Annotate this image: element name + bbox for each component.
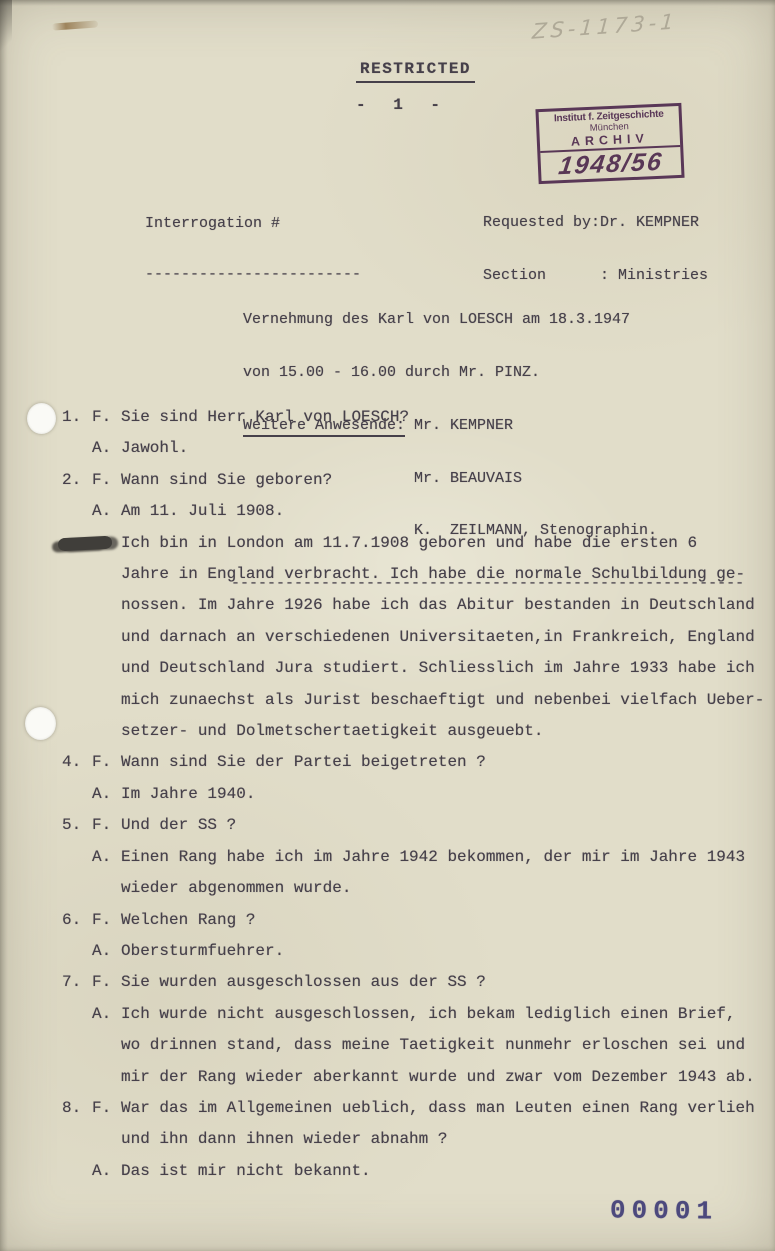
- scanned-document-page: ZS-1173-1 RESTRICTED - 1 - Institut f. Z…: [0, 0, 775, 1251]
- qa-entry: 2. F. Wann sind Sie geboren?: [62, 465, 775, 496]
- qa-text: Und der SS ?: [121, 810, 775, 841]
- qa-speaker-label: A.: [92, 779, 121, 810]
- qa-text: Das ist mir nicht bekannt.: [121, 1156, 775, 1187]
- qa-text-line: Jawohl.: [121, 433, 775, 464]
- qa-text-line: und darnach an verschiedenen Universitae…: [121, 622, 775, 653]
- qa-text: Wann sind Sie geboren?: [121, 465, 775, 496]
- scan-edge-top: [0, 0, 775, 6]
- qa-entry: A. Im Jahre 1940.: [62, 779, 775, 810]
- requested-by-value: Dr. KEMPNER: [600, 214, 699, 231]
- requested-by-line: Requested by:Dr. KEMPNER: [483, 214, 708, 232]
- qa-entry: A. Jawohl.: [62, 433, 775, 464]
- qa-entry: A. Ich wurde nicht ausgeschlossen, ich b…: [62, 999, 775, 1093]
- qa-text: Sie sind Herr Karl von LOESCH?: [121, 402, 775, 433]
- paperclip-rust-stain: [52, 20, 98, 30]
- qa-text-line: Wann sind Sie geboren?: [121, 465, 775, 496]
- qa-entry: A. Das ist mir nicht bekannt.: [62, 1156, 775, 1187]
- qa-text-line: Sie sind Herr Karl von LOESCH?: [121, 402, 775, 433]
- qa-speaker-label: F.: [92, 810, 121, 841]
- scan-corner-artifact: [0, 0, 12, 58]
- qa-text-line: und ihn dann ihnen wieder abnahm ?: [121, 1124, 775, 1155]
- qa-text-line: mir der Rang wieder aberkannt wurde und …: [121, 1062, 775, 1093]
- qa-text-line: wo drinnen stand, dass meine Taetigkeit …: [121, 1030, 775, 1061]
- qa-entry: 6. F. Welchen Rang ?: [62, 905, 775, 936]
- qa-number: 6.: [62, 905, 92, 936]
- interrogation-label: Interrogation #: [145, 215, 361, 232]
- stamp-handwritten-number: 1948/56: [539, 147, 683, 181]
- qa-text-line: nossen. Im Jahre 1926 habe ich das Abitu…: [121, 590, 775, 621]
- qa-speaker-label: F.: [92, 967, 121, 998]
- requested-by-label: Requested by:: [483, 214, 600, 232]
- page-number: - 1 -: [356, 96, 449, 114]
- qa-number: 7.: [62, 967, 92, 998]
- qa-speaker-label: F.: [92, 905, 121, 936]
- qa-entry: 8. F. War das im Allgemeinen ueblich, da…: [62, 1093, 775, 1156]
- qa-text-line: Einen Rang habe ich im Jahre 1942 bekomm…: [121, 842, 775, 873]
- qa-speaker-label: F.: [92, 1093, 121, 1124]
- qa-speaker-label: A.: [92, 842, 121, 873]
- qa-text: Einen Rang habe ich im Jahre 1942 bekomm…: [121, 842, 775, 905]
- qa-entry: 5. F. Und der SS ?: [62, 810, 775, 841]
- qa-text-line: Im Jahre 1940.: [121, 779, 775, 810]
- qa-text: War das im Allgemeinen ueblich, dass man…: [121, 1093, 775, 1156]
- qa-entry: Ich bin in London am 11.7.1908 geboren u…: [62, 528, 775, 748]
- qa-text-line: und Deutschland Jura studiert. Schliessl…: [121, 653, 775, 684]
- qa-entry: 7. F. Sie wurden ausgeschlossen aus der …: [62, 967, 775, 998]
- qa-speaker-label: F.: [92, 402, 121, 433]
- qa-text-line: Obersturmfuehrer.: [121, 936, 775, 967]
- qa-text: Welchen Rang ?: [121, 905, 775, 936]
- qa-text-line: Jahre in England verbracht. Ich habe die…: [121, 559, 775, 590]
- qa-text: Obersturmfuehrer.: [121, 936, 775, 967]
- qa-entry: 4. F. Wann sind Sie der Partei beigetret…: [62, 747, 775, 778]
- qa-number: 4.: [62, 747, 92, 778]
- qa-text-line: setzer- und Dolmetschertaetigkeit ausgeu…: [121, 716, 775, 747]
- qa-text: Jawohl.: [121, 433, 775, 464]
- qa-text: Am 11. Juli 1908.: [121, 496, 775, 527]
- qa-speaker-label: A.: [92, 433, 121, 464]
- qa-text: Ich wurde nicht ausgeschlossen, ich beka…: [121, 999, 775, 1093]
- qa-entry: 1. F. Sie sind Herr Karl von LOESCH?: [62, 402, 775, 433]
- qa-speaker-label: A.: [92, 496, 121, 527]
- qa-text-line: Am 11. Juli 1908.: [121, 496, 775, 527]
- qa-number: 5.: [62, 810, 92, 841]
- qa-number: 8.: [62, 1093, 92, 1124]
- qa-entry: A. Obersturmfuehrer.: [62, 936, 775, 967]
- qa-text-line: wieder abgenommen wurde.: [121, 873, 775, 904]
- qa-number: 1.: [62, 402, 92, 433]
- qa-text-line: Ich wurde nicht ausgeschlossen, ich beka…: [121, 999, 775, 1030]
- archive-stamp: Institut f. Zeitgeschichte München ARCHI…: [535, 103, 684, 184]
- qa-text: Im Jahre 1940.: [121, 779, 775, 810]
- qa-text-line: mich zunaechst als Jurist beschaeftigt u…: [121, 685, 775, 716]
- qa-entry: A. Am 11. Juli 1908.: [62, 496, 775, 527]
- classification-marking: RESTRICTED: [356, 60, 475, 83]
- qa-text: Wann sind Sie der Partei beigetreten ?: [121, 747, 775, 778]
- qa-text-line: Wann sind Sie der Partei beigetreten ?: [121, 747, 775, 778]
- qa-text-line: Das ist mir nicht bekannt.: [121, 1156, 775, 1187]
- qa-speaker-label: A.: [92, 936, 121, 967]
- qa-text-line: Welchen Rang ?: [121, 905, 775, 936]
- qa-speaker-label: F.: [92, 747, 121, 778]
- qa-text: Ich bin in London am 11.7.1908 geboren u…: [121, 528, 775, 748]
- archive-pencil-note: ZS-1173-1: [531, 4, 752, 44]
- qa-text: Sie wurden ausgeschlossen aus der SS ?: [121, 967, 775, 998]
- qa-speaker-label: A.: [92, 1156, 121, 1187]
- redaction-smudge: [58, 535, 113, 551]
- qa-speaker-label: F.: [92, 465, 121, 496]
- qa-text-line: Ich bin in London am 11.7.1908 geboren u…: [121, 528, 775, 559]
- qa-text-line: War das im Allgemeinen ueblich, dass man…: [121, 1093, 775, 1124]
- header-line-1: Vernehmung des Karl von LOESCH am 18.3.1…: [243, 311, 744, 329]
- qa-text-line: Und der SS ?: [121, 810, 775, 841]
- qa-transcript: 1. F. Sie sind Herr Karl von LOESCH? A. …: [0, 402, 775, 1187]
- qa-entry: A. Einen Rang habe ich im Jahre 1942 bek…: [62, 842, 775, 905]
- qa-speaker-label: A.: [92, 999, 121, 1030]
- header-line-2: von 15.00 - 16.00 durch Mr. PINZ.: [243, 364, 744, 382]
- document-serial-stamp: 00001: [610, 1195, 718, 1226]
- qa-text-line: Sie wurden ausgeschlossen aus der SS ?: [121, 967, 775, 998]
- qa-number: 2.: [62, 465, 92, 496]
